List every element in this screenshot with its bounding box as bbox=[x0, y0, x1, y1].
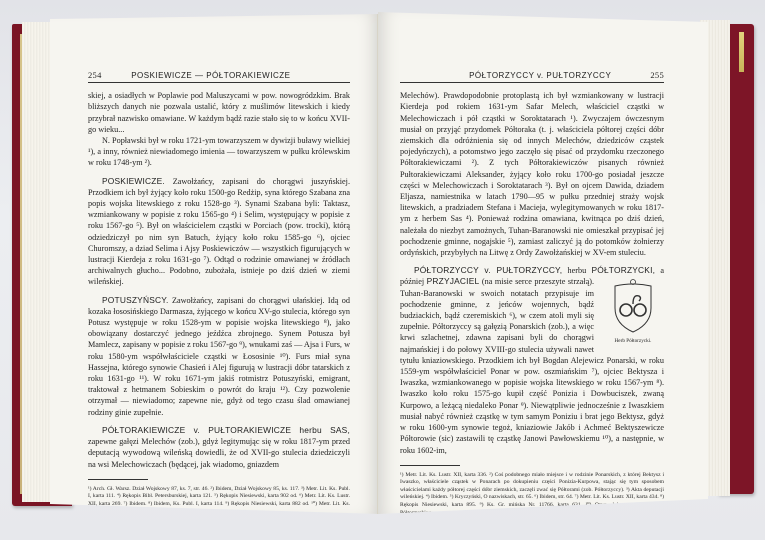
running-head-right: PÓŁTORZYCCY v. PUŁTORZYCCY 255 bbox=[400, 70, 664, 83]
entry-heading: POTUSZYŃSCY. bbox=[102, 295, 168, 305]
right-page-content: PÓŁTORZYCCY v. PUŁTORZYCCY 255 Melechów)… bbox=[400, 70, 664, 517]
paragraph: Melechów). Prawdopodobnie protoplastą ic… bbox=[400, 90, 664, 258]
herb-name: PÓŁTORZYCKI, bbox=[591, 265, 655, 275]
left-page: 254 POSKIEWICZE — PÓŁTORAKIEWICZE skiej,… bbox=[50, 14, 380, 514]
footnote-rule bbox=[400, 465, 460, 466]
footnotes: ¹) Metr. Lit. Ks. Lustr. XII, karta 336.… bbox=[400, 472, 664, 518]
entry-heading: POSKIEWICZE. bbox=[102, 176, 165, 186]
page-number: 254 bbox=[88, 70, 102, 81]
footnote-rule bbox=[88, 479, 148, 480]
page-edges-left bbox=[22, 22, 52, 502]
coat-of-arms: Herb Półtorzycki. bbox=[602, 278, 664, 345]
running-head-title: POSKIEWICZE — PÓŁTORAKIEWICZE bbox=[131, 70, 290, 81]
gilt-edge-right bbox=[739, 32, 744, 72]
running-head-left: 254 POSKIEWICZE — PÓŁTORAKIEWICZE bbox=[88, 70, 350, 83]
entry-poltorakiewicze: PÓŁTORAKIEWICZE v. PUŁTORAKIEWICZE herbu… bbox=[88, 425, 350, 470]
entry-body: zapewne gałęzi Melechów (zob.), gdyż leg… bbox=[88, 437, 350, 468]
entry-poltorzyccy: PÓŁTORZYCCY v. PUŁTORZYCCY, herbu PÓŁTOR… bbox=[400, 265, 664, 455]
entry-heading: PÓŁTORAKIEWICZE v. PUŁTORAKIEWICZE herbu… bbox=[102, 425, 350, 435]
left-page-content: 254 POSKIEWICZE — PÓŁTORAKIEWICZE skiej,… bbox=[88, 70, 350, 516]
footnotes: ¹) Arch. Gł. Warsz. Dział Wojskowy 87, k… bbox=[88, 486, 350, 516]
entry-heading: PÓŁTORZYCCY v. PUŁTORZYCCY, bbox=[414, 265, 562, 275]
herb-name-2: PRZYJACIEL bbox=[427, 276, 480, 286]
entry-poskiewicze: POSKIEWICZE. Zawołżańcy, zapisani do cho… bbox=[88, 176, 350, 288]
coat-of-arms-icon bbox=[611, 278, 655, 334]
running-head-title: PÓŁTORZYCCY v. PUŁTORZYCCY bbox=[469, 70, 611, 81]
page-number: 255 bbox=[650, 70, 664, 81]
herb-label: herbu bbox=[568, 266, 587, 275]
entry-potuszynscy: POTUSZYŃSCY. Zawołżańcy, zapisani do cho… bbox=[88, 295, 350, 418]
coat-of-arms-caption: Herb Półtorzycki. bbox=[615, 338, 652, 344]
paragraph: skiej, a osiadłych w Poplawie pod Malusz… bbox=[88, 90, 350, 135]
paragraph: N. Popławski był w roku 1721-ym towarzys… bbox=[88, 135, 350, 169]
entry-body: Zawołżańcy, zapisani do chorągwi ułański… bbox=[88, 296, 350, 417]
right-page: PÓŁTORZYCCY v. PUŁTORZYCCY 255 Melechów)… bbox=[378, 12, 708, 514]
entry-body: Zawołżańcy, zapisani do chorągwi juszyńs… bbox=[88, 177, 350, 287]
